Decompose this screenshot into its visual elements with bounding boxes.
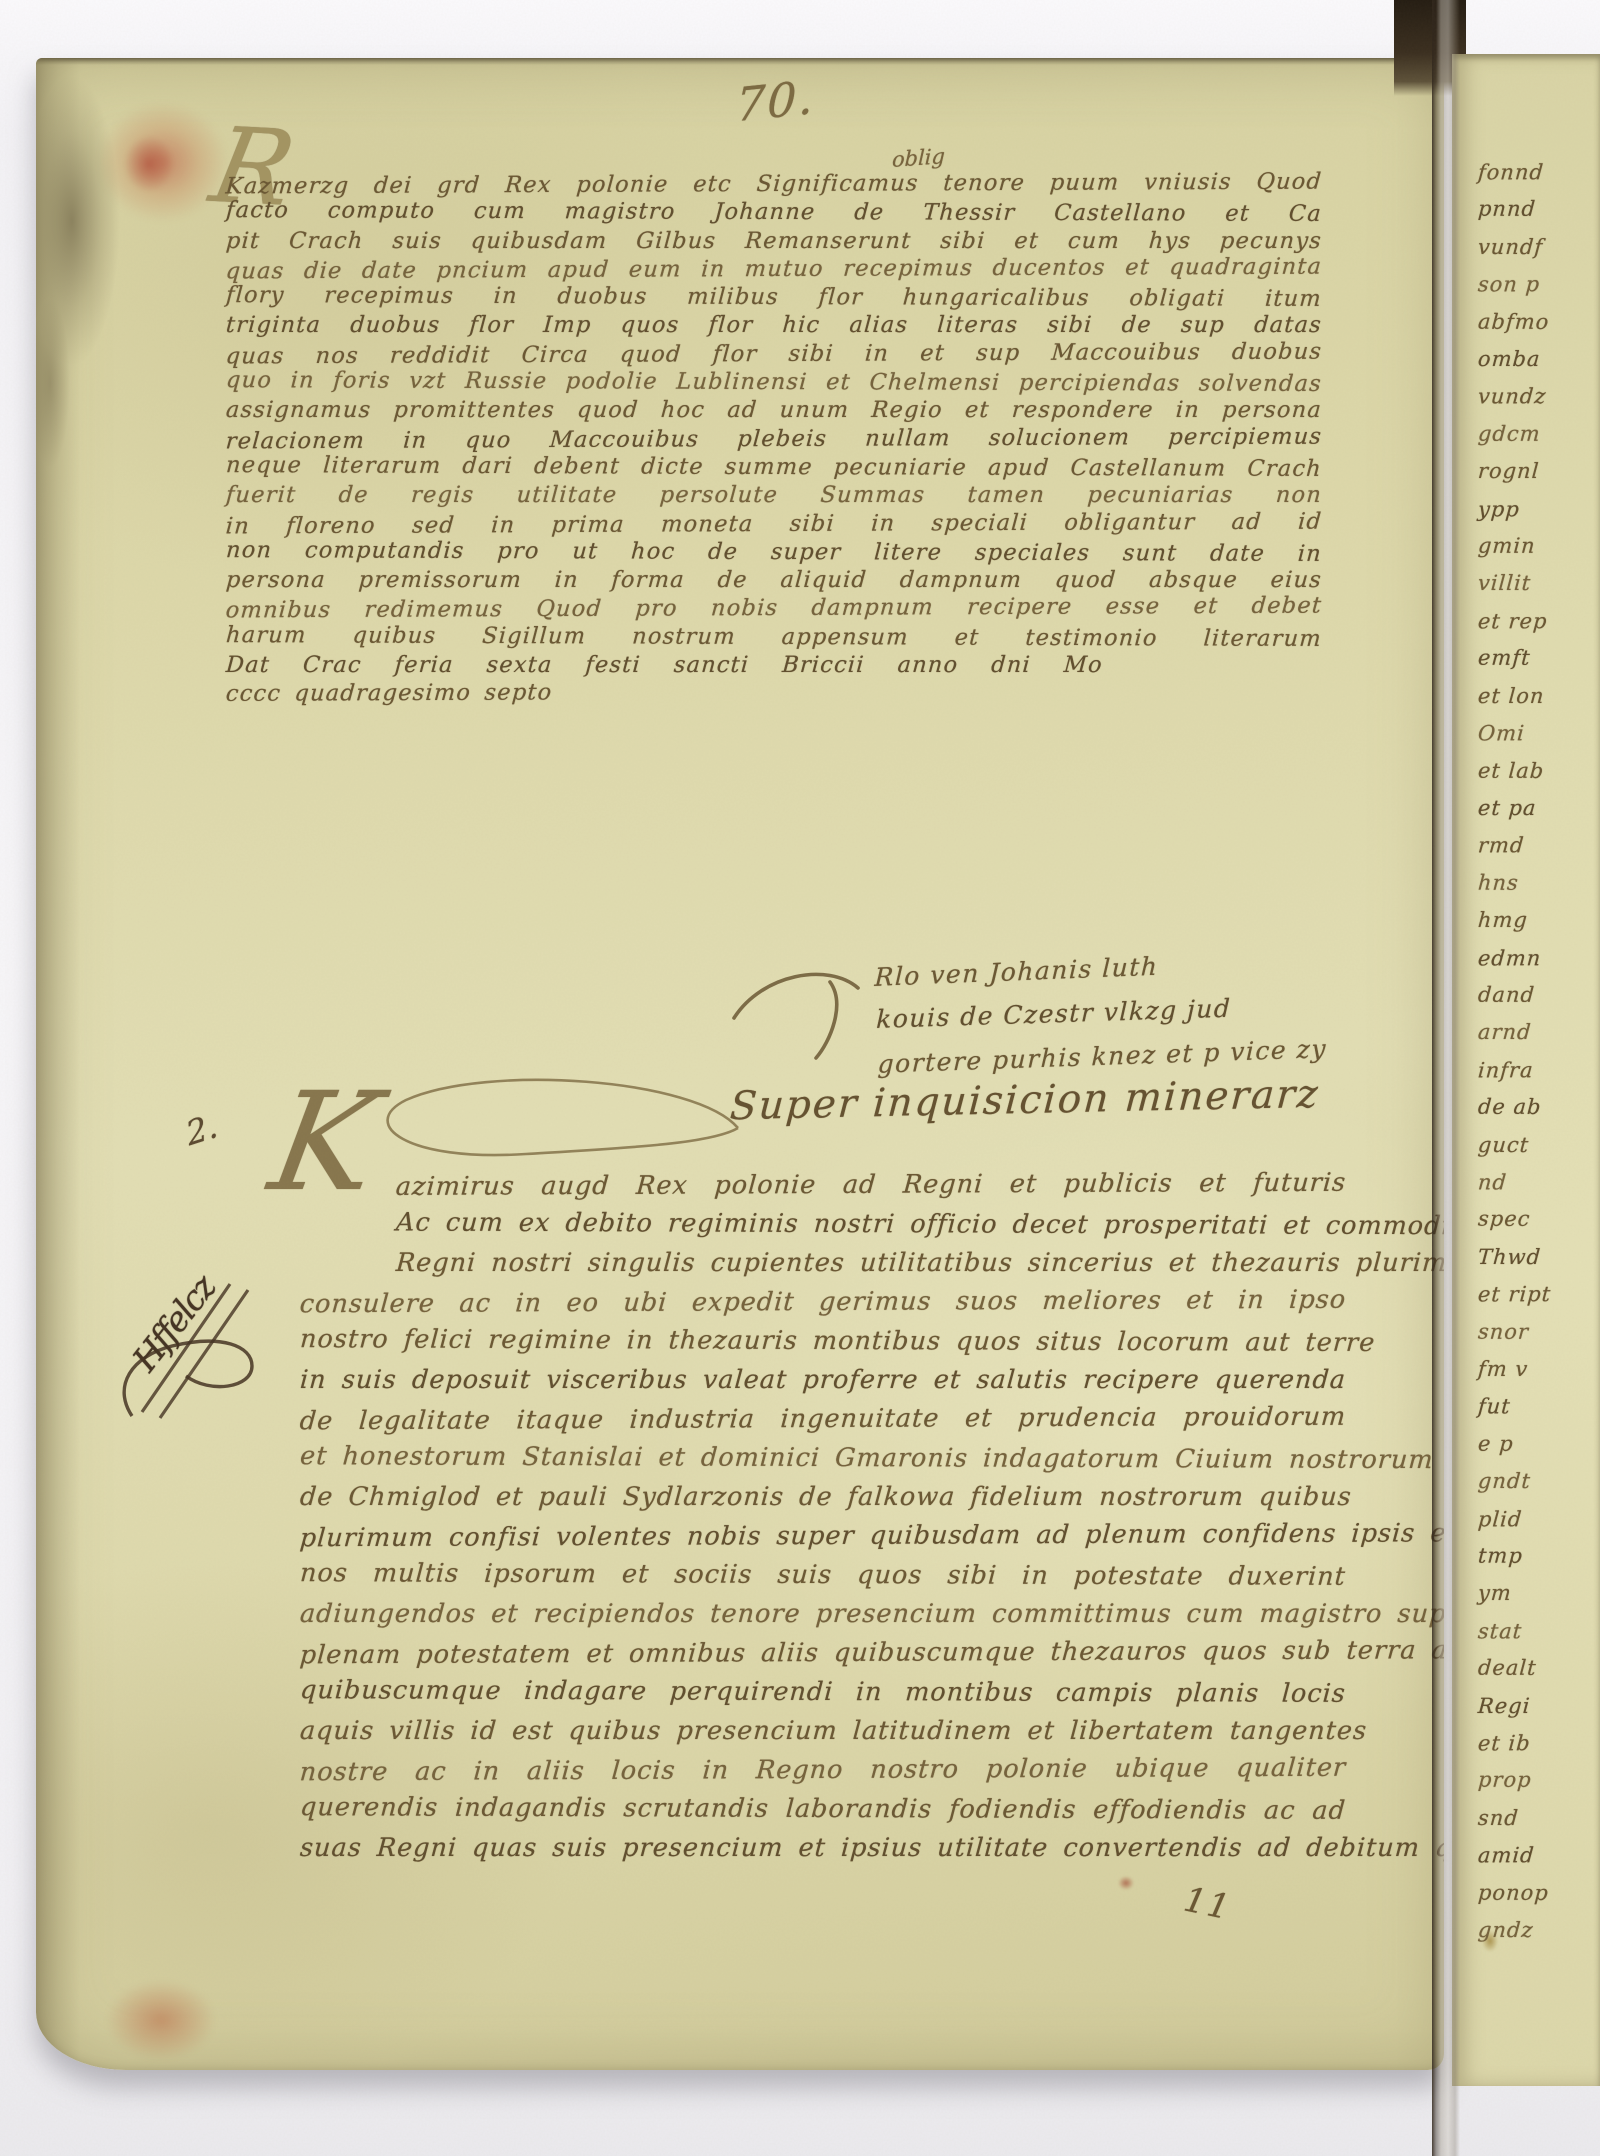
subscription-block: Rlo ven Johanis luthkouis de Czestr vlkz… [874,937,1378,1086]
margin-number-mark: 2. [183,1105,221,1153]
entry1-text-line: pit Crach suis quibusdam Gilbus Remanser… [225,227,1323,255]
facing-text-fragment: et pa [1477,790,1600,827]
facing-text-fragment: et ib [1477,1725,1600,1763]
entry2-text-line: Ac cum ex debito regiminis nostri offici… [299,1203,1347,1246]
facing-text-fragment: Thwd [1477,1239,1600,1276]
entry1-text-line: persona premissorum in forma de aliquid … [225,566,1323,594]
facing-text-fragment: rognl [1477,453,1600,490]
entry1-text-line: omnibus redimemus Quod pro nobis dampnum… [225,592,1323,625]
facing-text-fragment: gdcm [1477,415,1600,453]
entry1-text-line: quas die date pncium apud eum in mutuo r… [225,252,1323,285]
facing-text-fragment: ponop [1477,1874,1600,1912]
entry2-text-line: Regni nostri singulis cupientes utilitat… [299,1244,1348,1283]
facing-text-fragment: Regi [1477,1688,1600,1725]
facing-text-fragment: abfmo [1477,303,1600,341]
folio-number: 70. [735,70,816,133]
entry1-text-line: Dat Crac feria sexta festi sancti Bricci… [225,651,1104,679]
facing-text-fragment: e p [1477,1425,1600,1463]
entry2-text-line: de Chmiglod et pauli Sydlarzonis de falk… [299,1478,1348,1517]
page-holder-rod [1432,0,1460,2156]
facing-text-fragment: son p [1477,266,1600,304]
loop-flourish [366,1070,746,1170]
pen-trial-strokes: 11 [1180,1880,1235,1929]
facing-text-fragment: emft [1477,640,1600,678]
facing-text-fragment: ym [1477,1575,1600,1612]
entry1-text-line: neque literarum dari debent dicte summe … [225,451,1323,483]
facing-text-fragment: plid [1477,1500,1600,1538]
facing-text-fragment: hmg [1477,902,1600,939]
facing-text-fragment: dand [1477,977,1600,1015]
small-red-fleck [1118,1876,1134,1890]
facing-text-fragment: et lab [1477,752,1600,790]
facing-text-fragment: spec [1477,1201,1600,1239]
facing-text-fragment: snor [1477,1313,1600,1351]
facing-text-fragment: infra [1477,1051,1600,1089]
facing-text-fragment: fm v [1477,1351,1600,1388]
facing-text-fragment: arnd [1477,1014,1600,1051]
facing-text-fragment: Omi [1477,715,1600,753]
red-stain-bottom [106,1980,216,2060]
facing-text-fragment: snd [1477,1800,1600,1837]
facing-text-fragment: et ript [1477,1276,1600,1314]
facing-text-fragment: fut [1477,1388,1600,1426]
entry1-paragraph: Kazmerzg dei grd Rex polonie etc Signifi… [226,170,1322,708]
entry2-text-line: aquis villis id est quibus presencium la… [299,1712,1348,1751]
entry2-text-line: suas Regni quas suis presencium et ipsiu… [299,1829,1348,1868]
entry1-text-line: fuerit de regis utilitate persolute Summ… [225,481,1323,509]
entry2-text-line: nostro felici regimine in thezauris mont… [299,1320,1347,1363]
facing-text-fragment: gndz [1477,1912,1600,1949]
facing-text-fragment: stat [1477,1612,1600,1650]
facing-text-fragment: gmin [1477,528,1600,566]
facing-text-fragment: hns [1477,864,1600,902]
page-top-edge [36,58,1444,65]
facing-text-fragment: pnnd [1477,191,1600,229]
entry1-text-line: assignamus promittentes quod hoc ad unum… [225,396,1323,424]
entry1-text-line: triginta duobus flor Imp quos flor hic a… [225,311,1323,339]
facing-text-fragment: et rep [1477,602,1600,640]
facing-text-fragment: gndt [1477,1463,1600,1500]
entry2-heading: Super inquisicion minerarz [729,1072,1321,1129]
marginal-gloss: oblig [892,144,946,172]
facing-page-text-column: fonndpnndvundfson pabfmoombavundzgdcmrog… [1478,154,1600,1950]
facing-text-fragment: nd [1477,1164,1600,1202]
entry1-text-line: in floreno sed in prima moneta sibi in s… [225,507,1323,540]
entry2-text-line: in suis deposuit visceribus valeat profe… [299,1361,1348,1400]
entry1-text-line: quas nos reddidit Circa quod flor sibi i… [225,337,1323,370]
facing-text-fragment: fonnd [1477,154,1600,192]
entry1-text-line: non computandis pro ut hoc de super lite… [225,536,1323,568]
entry1-text-line: harum quibus Sigillum nostrum appensum e… [225,621,1323,653]
facing-text-fragment: vundf [1477,229,1600,266]
facing-text-fragment: omba [1477,341,1600,378]
entry2-text-line: plenam potestatem et omnibus aliis quibu… [298,1632,1347,1676]
facing-text-fragment: et lon [1477,678,1600,715]
entry2-text-line: de legalitate itaque industria ingenuita… [298,1398,1347,1442]
entry2-text-line: et honestorum Stanislai et dominici Gmar… [299,1437,1347,1480]
facing-text-fragment: amid [1477,1837,1600,1875]
facing-text-fragment: vundz [1477,378,1600,416]
facing-text-fragment: de ab [1477,1089,1600,1127]
facing-text-fragment: guct [1477,1127,1600,1164]
entry2-text-line: querendis indagandis scrutandis laborand… [299,1788,1347,1831]
entry2-text-line: nostre ac in aliis locis in Regno nostro… [298,1749,1347,1793]
entry2-text-line: consulere ac in eo ubi expedit gerimus s… [298,1281,1347,1325]
manuscript-page: 70. oblig R Kazmerzg dei grd Rex polonie… [36,58,1444,2070]
entry2-text-line: quibuscumque indagare perquirendi in mon… [299,1671,1347,1714]
facing-text-fragment: villit [1477,565,1600,602]
facing-text-fragment: ypp [1477,490,1600,528]
manuscript-photo: 70. oblig R Kazmerzg dei grd Rex polonie… [0,0,1600,2156]
entry1-text-line: cccc quadragesimo septo [225,678,622,708]
entry2-text-line: adiungendos et recipiendos tenore presen… [299,1595,1348,1634]
entry1-text-line: quo in foris vzt Russie podolie Lublinen… [225,366,1323,398]
facing-text-fragment: edmn [1477,939,1600,977]
entry1-text-line: flory recepimus in duobus milibus flor h… [225,281,1323,313]
entry1-text-line: facto computo cum magistro Johanne de Th… [225,196,1323,228]
facing-text-fragment: prop [1477,1762,1600,1800]
entry1-text-line: relacionem in quo Maccouibus plebeis nul… [225,422,1323,455]
entry2-text-line: plurimum confisi volentes nobis super qu… [298,1515,1347,1559]
facing-text-fragment: rmd [1477,827,1600,865]
facing-page-edge: fonndpnndvundfson pabfmoombavundzgdcmrog… [1452,54,1600,2086]
paraph-flourish [726,956,876,1076]
entry2-text-line: nos multis ipsorum et sociis suis quos s… [299,1554,1347,1597]
facing-text-fragment: dealt [1477,1650,1600,1688]
entry2-text-line: azimirus augd Rex polonie ad Regni et pu… [298,1164,1347,1208]
entry2-paragraph: azimirus augd Rex polonie ad Regni et pu… [300,1166,1346,1868]
red-wax-stain-top-core [124,136,174,192]
facing-text-fragment: tmp [1477,1538,1600,1576]
